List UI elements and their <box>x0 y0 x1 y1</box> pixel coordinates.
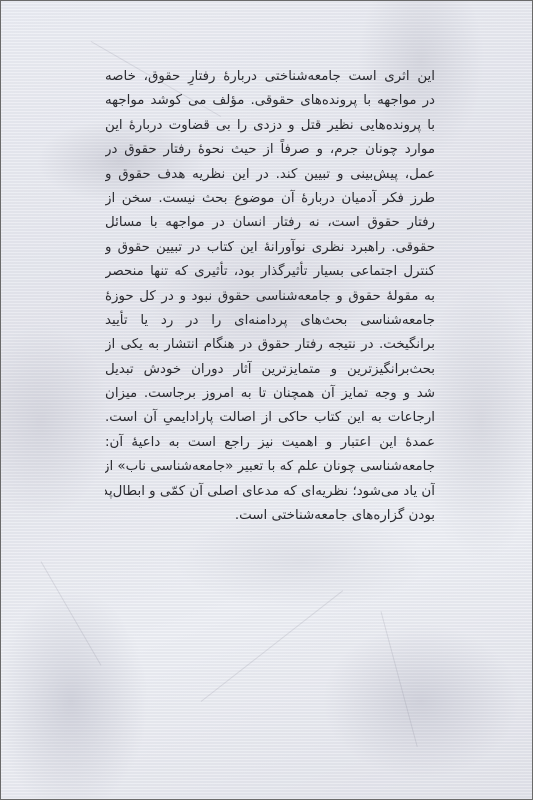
blurb-line-4: موارد چونان جرم، و صرفاً از حیث نحوهٔ رف… <box>105 138 435 162</box>
blurb-line-9: کنترل اجتماعی بسیار تأثیرگذار بود، تأثیر… <box>105 260 435 284</box>
blurb-line-17: جامعه‌شناسی چونان علم که با تعبیر «جامعه… <box>105 455 435 479</box>
blurb-line-15: ارجاعات به این کتاب حاکی از اصالت پارادا… <box>105 406 435 430</box>
book-back-cover: این اثری است جامعه‌شناختی دربارهٔ رفتارِ… <box>0 0 533 800</box>
blurb-line-6: طرز فکر آدمیان دربارهٔ آن موضوع بحث نیست… <box>105 187 435 211</box>
blurb-paragraph: این اثری است جامعه‌شناختی دربارهٔ رفتارِ… <box>105 65 435 528</box>
blurb-line-11: جامعه‌شناسی بحث‌های پردامنه‌ای را در رد … <box>105 309 435 333</box>
blurb-line-8: حقوقی. راهبرد نظری نوآورانهٔ این کتاب در… <box>105 236 435 260</box>
blurb-line-5: عمل، پیش‌بینی و تبیین کند. در این نظریه … <box>105 163 435 187</box>
marble-vein <box>381 611 418 746</box>
blurb-line-18: آن یاد می‌شود؛ نظریه‌ای که مدعای اصلی آن… <box>105 480 435 504</box>
blurb-line-14: شد و وجه تمایز آن همچنان تا به امروز برج… <box>105 382 435 406</box>
blurb-line-10: به مقولهٔ حقوق و جامعه‌شناسی حقوق نبود و… <box>105 285 435 309</box>
blurb-line-2: در مواجهه با پرونده‌های حقوقی. مؤلف می ک… <box>105 89 435 113</box>
blurb-line-12: برانگیخت. در نتیجه رفتار حقوق در هنگام ا… <box>105 333 435 357</box>
marble-vein <box>41 561 102 665</box>
blurb-line-7: رفتار حقوق است، نه رفتار انسان در مواجهه… <box>105 211 435 235</box>
blurb-line-19: بودن گزاره‌های جامعه‌شناختی است. <box>105 504 435 528</box>
blurb-line-3: با پرونده‌هایی نظیر قتل و دزدی را بی قضا… <box>105 114 435 138</box>
marble-vein <box>201 590 343 702</box>
blurb-line-13: بحث‌برانگیزترین و متمایزترین آثار دوران … <box>105 358 435 382</box>
blurb-line-16: عمدهٔ این اعتبار و اهمیت نیز راجع است به… <box>105 431 435 455</box>
blurb-line-1: این اثری است جامعه‌شناختی دربارهٔ رفتارِ… <box>105 65 435 89</box>
